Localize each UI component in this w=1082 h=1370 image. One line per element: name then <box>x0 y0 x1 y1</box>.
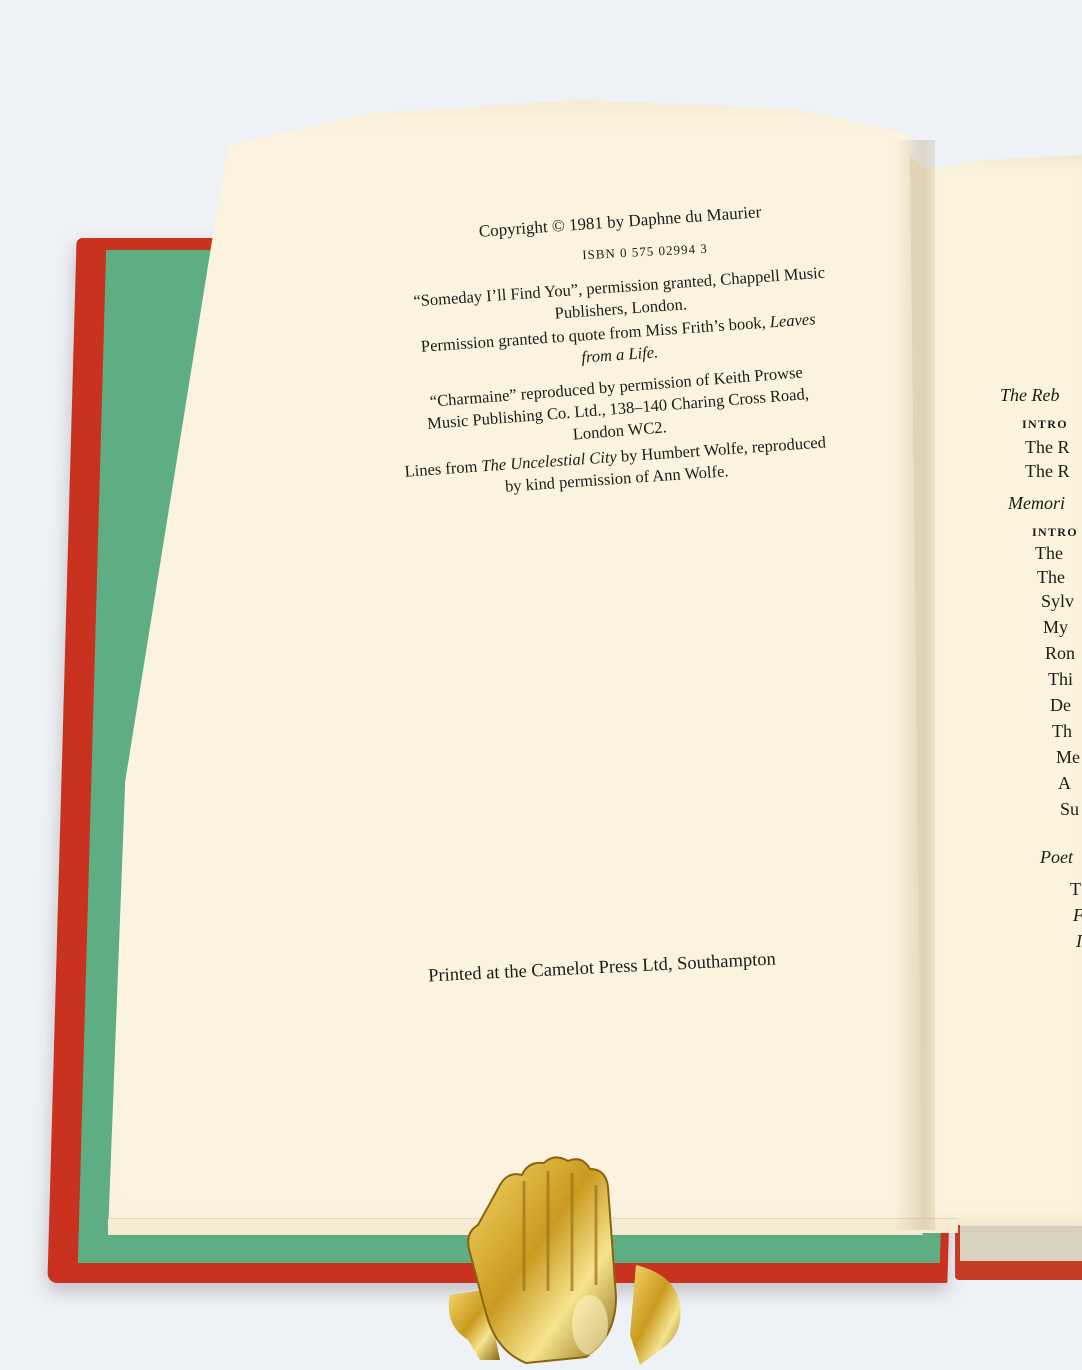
gutter-shadow <box>895 140 935 1230</box>
book-title-leaves: Leaves <box>769 309 816 331</box>
contents-fragment-intro: INTRO <box>1022 417 1068 432</box>
contents-fragment-entry: Ron <box>1045 643 1075 664</box>
contents-fragment-entry: De <box>1050 695 1071 716</box>
contents-fragment-entry: The <box>1037 567 1065 588</box>
book-photo: Copyright © 1981 by Daphne du Maurier IS… <box>0 0 1082 1370</box>
contents-fragment-entry: The R <box>1025 437 1070 458</box>
contents-fragment-entry-italic: I <box>1076 931 1082 952</box>
contents-fragment-section-head: Poet <box>1040 847 1073 868</box>
contents-fragment-intro: INTRO <box>1032 525 1078 540</box>
contents-fragment-entry: Su <box>1060 799 1079 820</box>
contents-fragment-entry: The R <box>1025 461 1070 482</box>
contents-fragment-entry: My <box>1043 617 1068 638</box>
contents-fragment-entry: T <box>1070 879 1081 900</box>
contents-fragment: The RebINTROThe RThe RMemoriINTROTheTheS… <box>1000 385 1082 1005</box>
page-block-edge <box>960 1225 1082 1261</box>
contents-fragment-section-head: Memori <box>1008 493 1065 514</box>
contents-fragment-entry: Me <box>1056 747 1080 768</box>
contents-fragment-entry: The <box>1035 543 1063 564</box>
contents-fragment-section-head: The Reb <box>1000 385 1059 406</box>
contents-fragment-entry: A <box>1058 773 1071 794</box>
contents-fragment-entry: Thi <box>1048 669 1073 690</box>
brass-hand-bookmark-icon <box>440 1145 700 1370</box>
contents-fragment-entry-italic: F <box>1073 905 1082 926</box>
contents-fragment-entry: Sylv <box>1041 591 1074 612</box>
contents-fragment-entry: Th <box>1052 721 1072 742</box>
